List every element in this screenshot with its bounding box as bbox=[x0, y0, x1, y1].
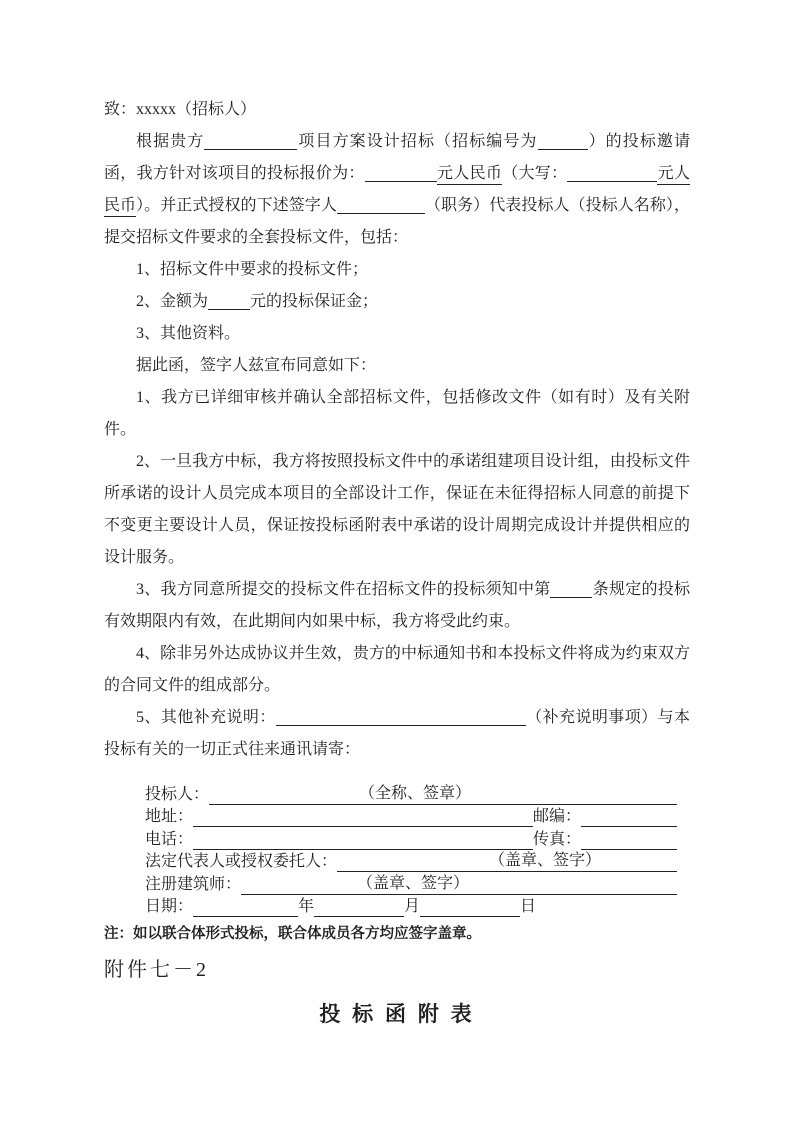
blank-month bbox=[314, 896, 404, 917]
declaration-5-text-a: 5、其他补充说明： bbox=[136, 709, 276, 726]
declaration-3: 3、我方同意所提交的投标文件在招标文件的投标须知中第条规定的投标有效期限内有效，… bbox=[104, 574, 690, 638]
day-label: 日 bbox=[520, 897, 536, 917]
blank-postcode bbox=[581, 806, 677, 827]
signature-row-bidder: 投标人： （全称、签章） bbox=[145, 782, 677, 805]
declaration-1: 1、我方已详细审核并确认全部招标文件，包括修改文件（如有时）及有关附件。 bbox=[104, 382, 690, 446]
year-label: 年 bbox=[298, 897, 314, 917]
signature-block: 投标人： （全称、签章） 地址： 邮编： 电话： 传真： 法定代表人或授权委托人… bbox=[145, 782, 677, 917]
intro-text-1: 根据贵方 bbox=[136, 133, 204, 150]
blank-clause-number bbox=[550, 578, 592, 598]
blank-address bbox=[193, 806, 533, 827]
declare-intro: 据此函，签字人兹宣布同意如下： bbox=[104, 350, 690, 382]
date-label: 日期： bbox=[145, 897, 193, 917]
month-label: 月 bbox=[404, 897, 420, 917]
architect-seal-note: （盖章、签字） bbox=[357, 874, 469, 895]
legal-rep-label: 法定代表人或授权委托人： bbox=[145, 852, 337, 872]
list-item-2: 2、金额为元的投标保证金； bbox=[104, 286, 690, 318]
architect-label: 注册建筑师： bbox=[145, 875, 241, 895]
bidder-seal-note: （全称、签章） bbox=[359, 784, 471, 805]
intro-text-5: ）。并正式授权的下述签字人 bbox=[136, 197, 337, 214]
legal-rep-seal-note: （盖章、签字） bbox=[489, 851, 601, 872]
joint-venture-note: 注：如以联合体形式投标，联合体成员各方均应签字盖章。 bbox=[104, 923, 690, 945]
intro-paragraph: 根据贵方项目方案设计招标（招标编号为）的投标邀请函，我方针对该项目的投标报价为：… bbox=[104, 126, 690, 254]
phone-label: 电话： bbox=[145, 830, 193, 850]
blank-phone bbox=[193, 829, 533, 850]
blank-legal-rep-extension bbox=[601, 851, 677, 872]
attachment-title: 投 标 函 附 表 bbox=[104, 1001, 690, 1029]
blank-bid-price bbox=[365, 162, 437, 182]
blank-architect bbox=[241, 874, 357, 895]
fax-label: 传真： bbox=[533, 830, 581, 850]
intro-text-4: （大写： bbox=[502, 165, 567, 182]
list-item-2-text-b: 元的投标保证金； bbox=[250, 293, 378, 310]
bidder-label: 投标人： bbox=[145, 785, 209, 805]
blank-fax bbox=[581, 829, 677, 850]
document-page: 致：xxxxx（招标人） 根据贵方项目方案设计招标（招标编号为）的投标邀请函，我… bbox=[0, 0, 794, 1123]
blank-legal-rep bbox=[337, 851, 489, 872]
blank-day bbox=[420, 896, 520, 917]
blank-architect-extension bbox=[469, 874, 677, 895]
salutation: 致：xxxxx（招标人） bbox=[104, 94, 690, 126]
list-item-2-text-a: 2、金额为 bbox=[136, 293, 208, 310]
blank-supplementary-notes bbox=[276, 706, 526, 726]
blank-bidder-extension bbox=[471, 784, 677, 805]
blank-project-name bbox=[204, 130, 297, 150]
signature-row-date: 日期： 年 月 日 bbox=[145, 895, 677, 918]
signature-row-address: 地址： 邮编： bbox=[145, 805, 677, 828]
blank-bid-price-words bbox=[567, 162, 657, 182]
signature-row-legal-rep: 法定代表人或授权委托人： （盖章、签字） bbox=[145, 850, 677, 873]
signature-row-architect: 注册建筑师： （盖章、签字） bbox=[145, 872, 677, 895]
currency-text: 元人民币 bbox=[437, 165, 502, 185]
attachment-number: 附件七－2 bbox=[104, 955, 690, 985]
declaration-4: 4、除非另外达成协议并生效，贵方的中标通知书和本投标文件将成为约束双方的合同文件… bbox=[104, 638, 690, 702]
blank-signatory-name bbox=[337, 194, 425, 214]
list-item-3: 3、其他资料。 bbox=[104, 318, 690, 350]
declaration-3-text-a: 3、我方同意所提交的投标文件在招标文件的投标须知中第 bbox=[136, 581, 550, 598]
intro-text-2: 项目方案设计招标（招标编号为 bbox=[297, 133, 537, 150]
blank-tender-number bbox=[538, 130, 588, 150]
signature-row-phone: 电话： 传真： bbox=[145, 827, 677, 850]
blank-bidder-name bbox=[209, 784, 359, 805]
blank-year bbox=[193, 896, 298, 917]
postcode-label: 邮编： bbox=[533, 807, 581, 827]
address-label: 地址： bbox=[145, 807, 193, 827]
list-item-1: 1、招标文件中要求的投标文件； bbox=[104, 254, 690, 286]
blank-deposit-amount bbox=[208, 290, 250, 310]
declaration-2: 2、一旦我方中标，我方将按照投标文件中的承诺组建项目设计组，由投标文件所承诺的设… bbox=[104, 446, 690, 574]
declaration-5: 5、其他补充说明：（补充说明事项）与本投标有关的一切正式往来通讯请寄： bbox=[104, 702, 690, 766]
